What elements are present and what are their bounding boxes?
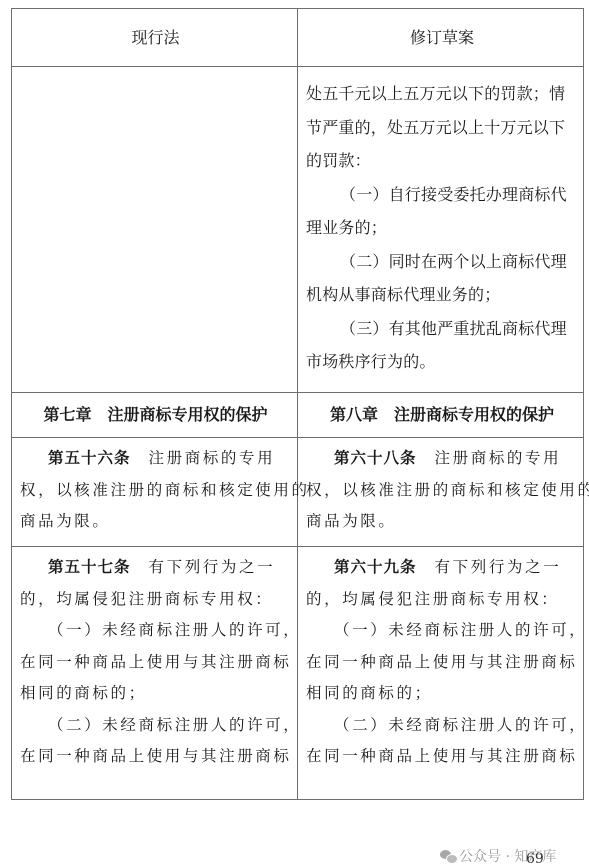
text-line: 在同一种商品上使用与其注册商标 [20, 741, 291, 773]
article-56: 第五十六条注册商标的专用 权，以核准注册的商标和核定使用的 商品为限。 [12, 443, 297, 538]
text-line: 理业务的； [306, 211, 578, 245]
article-number: 第五十七条 [48, 558, 131, 576]
comparison-table: 现行法 修订草案 处五千元以上五万元以下的罚款；情 节严重的，处五万元以上十万元… [11, 8, 584, 800]
text-line: 注册商标的专用 [435, 449, 562, 467]
header-current-law: 现行法 [12, 9, 297, 66]
article-number: 第六十九条 [334, 558, 417, 576]
row-divider [12, 546, 583, 547]
text-line: 市场秩序行为的。 [306, 345, 578, 379]
row1-right: 处五千元以上五万元以下的罚款；情 节严重的，处五万元以上十万元以下 的罚款： （… [298, 77, 584, 379]
text-line: 相同的商标的； [20, 678, 291, 710]
text-line: 权，以核准注册的商标和核定使用的 [306, 475, 578, 507]
text-line: 商品为限。 [20, 506, 291, 538]
article-68: 第六十八条注册商标的专用 权，以核准注册的商标和核定使用的 商品为限。 [298, 443, 584, 538]
text-line: （一）自行接受委托办理商标代 [306, 178, 578, 212]
chapter-heading-right: 第八章 注册商标专用权的保护 [298, 393, 584, 437]
header-revision-draft: 修订草案 [298, 9, 584, 66]
text-line: （三）有其他严重扰乱商标代理 [306, 312, 578, 346]
text-line: 权，以核准注册的商标和核定使用的 [20, 475, 291, 507]
text-line: 节严重的，处五万元以上十万元以下 [306, 111, 578, 145]
text-line: 在同一种商品上使用与其注册商标 [306, 647, 578, 679]
article-57: 第五十七条有下列行为之一 的，均属侵犯注册商标专用权： （一）未经商标注册人的许… [12, 552, 297, 773]
text-line: （一）未经商标注册人的许可， [20, 615, 291, 647]
text-line: （二）未经商标注册人的许可， [306, 710, 578, 742]
page-number: 69 [526, 851, 544, 867]
text-line: （二）同时在两个以上商标代理 [306, 245, 578, 279]
text-line: 注册商标的专用 [149, 449, 276, 467]
text-line: 在同一种商品上使用与其注册商标 [20, 647, 291, 679]
text-line: 相同的商标的； [306, 678, 578, 710]
text-line: 有下列行为之一 [435, 558, 562, 576]
text-line: 机构从事商标代理业务的； [306, 278, 578, 312]
article-69: 第六十九条有下列行为之一 的，均属侵犯注册商标专用权： （一）未经商标注册人的许… [298, 552, 584, 773]
text-line: （一）未经商标注册人的许可， [306, 615, 578, 647]
row1-left-empty [12, 67, 297, 392]
text-line: 的，均属侵犯注册商标专用权： [20, 584, 291, 616]
text-line: 处五千元以上五万元以下的罚款；情 [306, 77, 578, 111]
text-line: 在同一种商品上使用与其注册商标 [306, 741, 578, 773]
row-divider [12, 437, 583, 438]
article-number: 第五十六条 [48, 449, 131, 467]
text-line: 的罚款： [306, 144, 578, 178]
chapter-heading-left: 第七章 注册商标专用权的保护 [12, 393, 297, 437]
wechat-icon [440, 850, 456, 862]
article-number: 第六十八条 [334, 449, 417, 467]
text-line: 的，均属侵犯注册商标专用权： [306, 584, 578, 616]
text-line: （二）未经商标注册人的许可， [20, 710, 291, 742]
text-line: 商品为限。 [306, 506, 578, 538]
text-line: 有下列行为之一 [149, 558, 276, 576]
